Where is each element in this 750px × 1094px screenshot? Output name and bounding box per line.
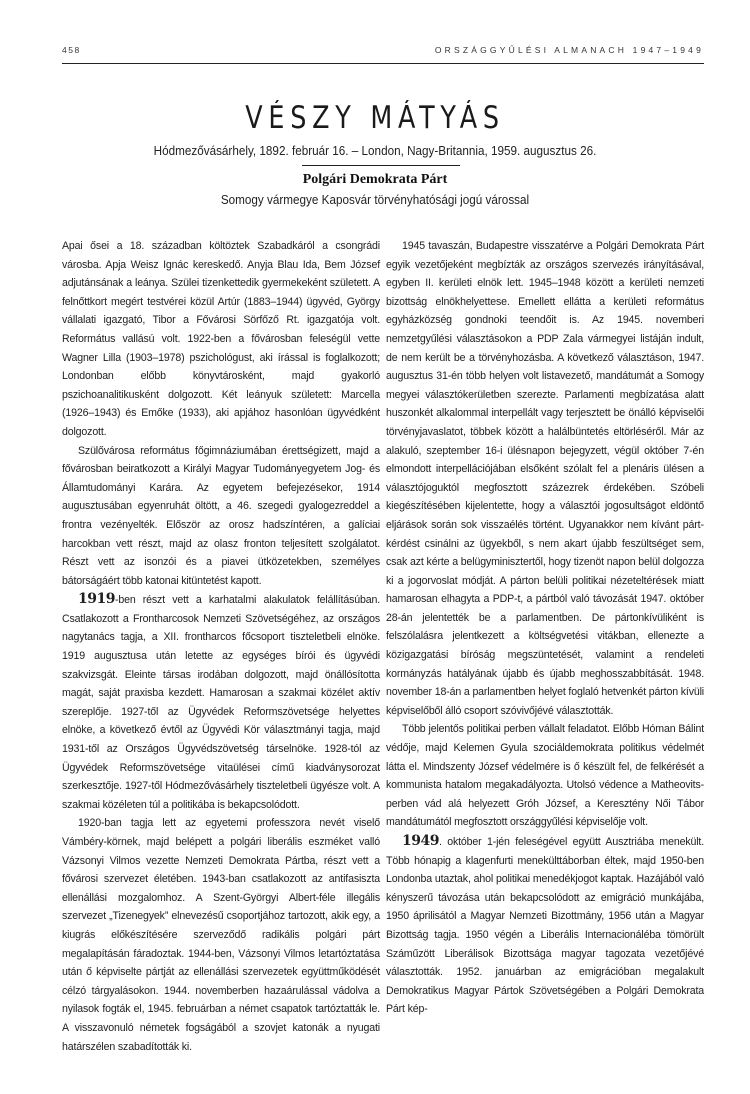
paragraph: 1945 tavaszán, Budapestre visszatérve a … (386, 237, 704, 720)
paragraph: Több jelentős politikai perben vállalt f… (386, 720, 704, 832)
year-marker: 1949 (402, 833, 439, 849)
page-number: 458 (62, 45, 81, 55)
running-title: Országgyűlési Almanach 1947–1949 (435, 45, 704, 55)
paragraph: 1949. október 1-jén feleségével együtt A… (386, 832, 704, 1019)
paragraph: 1919-ben részt vett a karhatalmi alakula… (62, 590, 380, 814)
document-page: 458 Országgyűlési Almanach 1947–1949 VÉS… (0, 0, 750, 1094)
right-column: 1945 tavaszán, Budapestre visszatérve a … (386, 237, 704, 1019)
running-head: 458 Országgyűlési Almanach 1947–1949 (62, 42, 704, 58)
year-marker: 1919 (78, 591, 115, 607)
paragraph: Apai ősei a 18. században költöztek Szab… (62, 237, 380, 442)
entry-name: VÉSZY MÁTYÁS (68, 100, 683, 136)
paragraph: 1920-ban tagja lett az egyetemi professz… (62, 814, 380, 1056)
party-name: Polgári Demokrata Párt (0, 172, 750, 188)
paragraph: Szülővárosa református főgimnáziumában é… (62, 442, 380, 591)
header-rule (62, 63, 704, 64)
birth-death-line: Hódmezővásárhely, 1892. február 16. – Lo… (38, 143, 713, 158)
title-divider (302, 165, 460, 166)
left-column: Apai ősei a 18. században költöztek Szab… (62, 237, 380, 1056)
constituency: Somogy vármegye Kaposvár törvényhatósági… (38, 192, 713, 207)
